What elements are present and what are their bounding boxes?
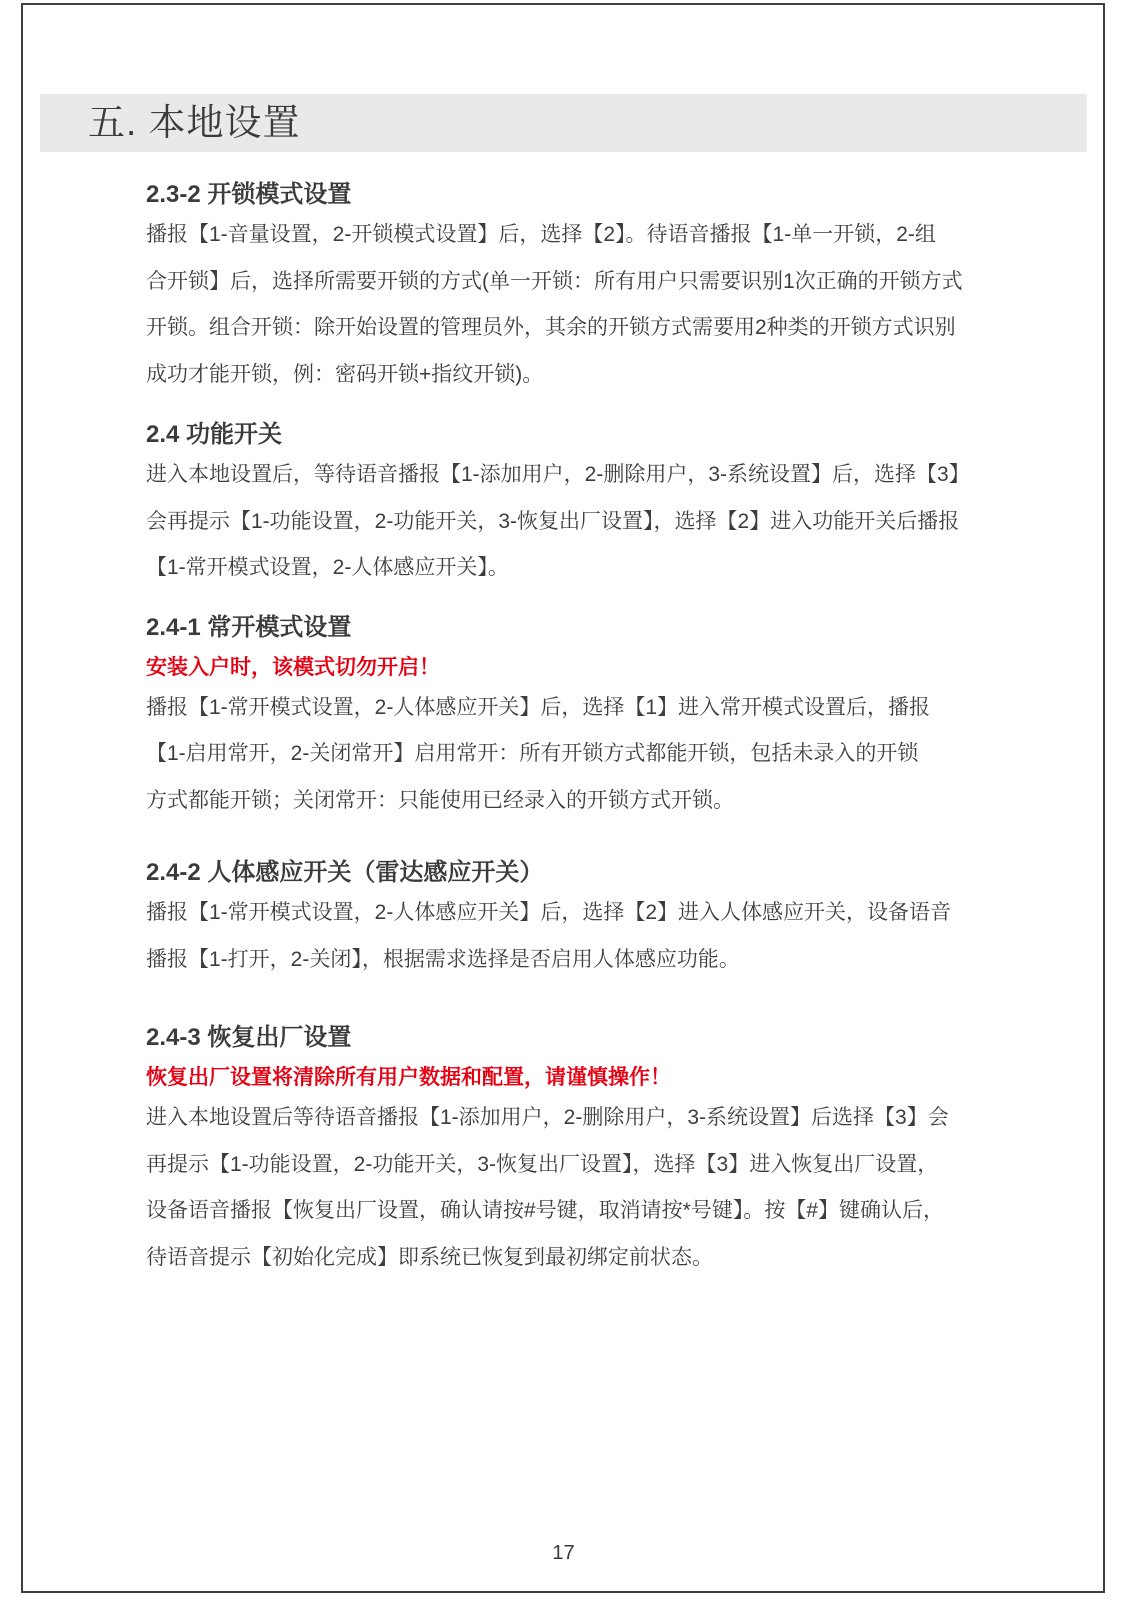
paragraph-line: 再提示【1-功能设置，2-功能开关，3-恢复出厂设置】，选择【3】进入恢复出厂设… [146, 1142, 1046, 1189]
paragraph-line: 开锁。组合开锁：除开始设置的管理员外，其余的开锁方式需要用2种类的开锁方式识别 [146, 305, 1046, 352]
section-header-band: 五. 本地设置 [40, 94, 1087, 152]
paragraph: 进入本地设置后等待语音播报【1-添加用户，2-删除用户，3-系统设置】后选择【3… [146, 1095, 1046, 1281]
section-heading: 2.4-2 人体感应开关（雷达感应开关） [146, 858, 1046, 888]
paragraph-line: 合开锁】后，选择所需要开锁的方式(单一开锁：所有用户只需要识别1次正确的开锁方式 [146, 259, 1046, 306]
paragraph-line: 进入本地设置后，等待语音播报【1-添加用户，2-删除用户，3-系统设置】后，选择… [146, 452, 1046, 499]
paragraph-line: 成功才能开锁，例：密码开锁+指纹开锁)。 [146, 352, 1046, 399]
paragraph: 播报【1-常开模式设置，2-人体感应开关】后，选择【2】进入人体感应开关，设备语… [146, 890, 1046, 983]
paragraph-line: 播报【1-打开，2-关闭】，根据需求选择是否启用人体感应功能。 [146, 937, 1046, 984]
page-content: 2.3-2 开锁模式设置 播报【1-音量设置，2-开锁模式设置】后，选择【2】。… [146, 152, 1046, 1281]
paragraph-line: 待语音提示【初始化完成】即系统已恢复到最初绑定前状态。 [146, 1235, 1046, 1282]
paragraph-line: 播报【1-常开模式设置，2-人体感应开关】后，选择【2】进入人体感应开关，设备语… [146, 890, 1046, 937]
paragraph-line: 设备语音播报【恢复出厂设置，确认请按#号键，取消请按*号键】。按【#】键确认后， [146, 1188, 1046, 1235]
paragraph-line: 【1-启用常开，2-关闭常开】启用常开：所有开锁方式都能开锁，包括未录入的开锁 [146, 731, 1046, 778]
section-heading: 2.4 功能开关 [146, 420, 1046, 450]
page-title: 五. 本地设置 [40, 94, 1087, 152]
section-function-switch: 2.4 功能开关 进入本地设置后，等待语音播报【1-添加用户，2-删除用户，3-… [146, 420, 1046, 592]
paragraph-line: 方式都能开锁；关闭常开：只能使用已经录入的开锁方式开锁。 [146, 778, 1046, 825]
manual-page: 五. 本地设置 2.3-2 开锁模式设置 播报【1-音量设置，2-开锁模式设置】… [0, 0, 1127, 1600]
section-heading: 2.3-2 开锁模式设置 [146, 180, 1046, 210]
paragraph-line: 播报【1-常开模式设置，2-人体感应开关】后，选择【1】进入常开模式设置后，播报 [146, 685, 1046, 732]
section-body-sensor-switch: 2.4-2 人体感应开关（雷达感应开关） 播报【1-常开模式设置，2-人体感应开… [146, 858, 1046, 983]
warning-text: 恢复出厂设置将清除所有用户数据和配置，请谨慎操作！ [146, 1061, 1046, 1095]
paragraph-line: 播报【1-音量设置，2-开锁模式设置】后，选择【2】。待语音播报【1-单一开锁，… [146, 212, 1046, 259]
paragraph: 播报【1-音量设置，2-开锁模式设置】后，选择【2】。待语音播报【1-单一开锁，… [146, 212, 1046, 398]
page-number: 17 [0, 1542, 1127, 1565]
paragraph-line: 会再提示【1-功能设置，2-功能开关，3-恢复出厂设置】，选择【2】进入功能开关… [146, 499, 1046, 546]
warning-text: 安装入户时，该模式切勿开启！ [146, 651, 1046, 685]
section-heading: 2.4-3 恢复出厂设置 [146, 1023, 1046, 1053]
paragraph-line: 【1-常开模式设置，2-人体感应开关】。 [146, 545, 1046, 592]
paragraph-line: 进入本地设置后等待语音播报【1-添加用户，2-删除用户，3-系统设置】后选择【3… [146, 1095, 1046, 1142]
section-unlock-mode: 2.3-2 开锁模式设置 播报【1-音量设置，2-开锁模式设置】后，选择【2】。… [146, 180, 1046, 398]
paragraph: 播报【1-常开模式设置，2-人体感应开关】后，选择【1】进入常开模式设置后，播报… [146, 685, 1046, 825]
section-factory-reset: 2.4-3 恢复出厂设置 恢复出厂设置将清除所有用户数据和配置，请谨慎操作！ 进… [146, 1023, 1046, 1281]
section-heading: 2.4-1 常开模式设置 [146, 613, 1046, 643]
section-normally-open-mode: 2.4-1 常开模式设置 安装入户时，该模式切勿开启！ 播报【1-常开模式设置，… [146, 613, 1046, 825]
paragraph: 进入本地设置后，等待语音播报【1-添加用户，2-删除用户，3-系统设置】后，选择… [146, 452, 1046, 592]
